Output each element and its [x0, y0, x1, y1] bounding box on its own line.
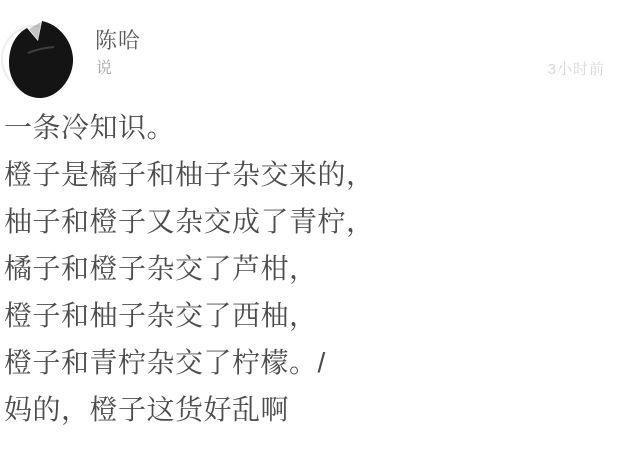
avatar-blob: [9, 21, 73, 98]
avatar[interactable]: [0, 8, 80, 100]
post-line-6: 橙子和青柠杂交了柠檬。/: [4, 339, 604, 386]
post-content: 一条冷知识。 橙子是橘子和柚子杂交来的， 柚子和橙子又杂交成了青柠， 橘子和橙子…: [4, 104, 604, 433]
post-card: 陈哈 说 3小时前 一条冷知识。 橙子是橘子和柚子杂交来的， 柚子和橙子又杂交成…: [0, 0, 629, 451]
timestamp: 3小时前: [548, 61, 605, 79]
post-line-4: 橘子和橙子杂交了芦柑，: [4, 245, 604, 292]
post-line-2: 橙子是橘子和柚子杂交来的，: [4, 151, 604, 198]
post-line-5: 橙子和柚子杂交了西柚，: [4, 292, 604, 339]
author-action-label: 说: [96, 59, 112, 79]
post-line-7: 妈的，橙子这货好乱啊: [4, 386, 604, 433]
post-line-1: 一条冷知识。: [4, 104, 604, 151]
post-line-3: 柚子和橙子又杂交成了青柠，: [4, 198, 604, 245]
author-name[interactable]: 陈哈: [95, 28, 141, 54]
avatar-image: [0, 8, 80, 100]
